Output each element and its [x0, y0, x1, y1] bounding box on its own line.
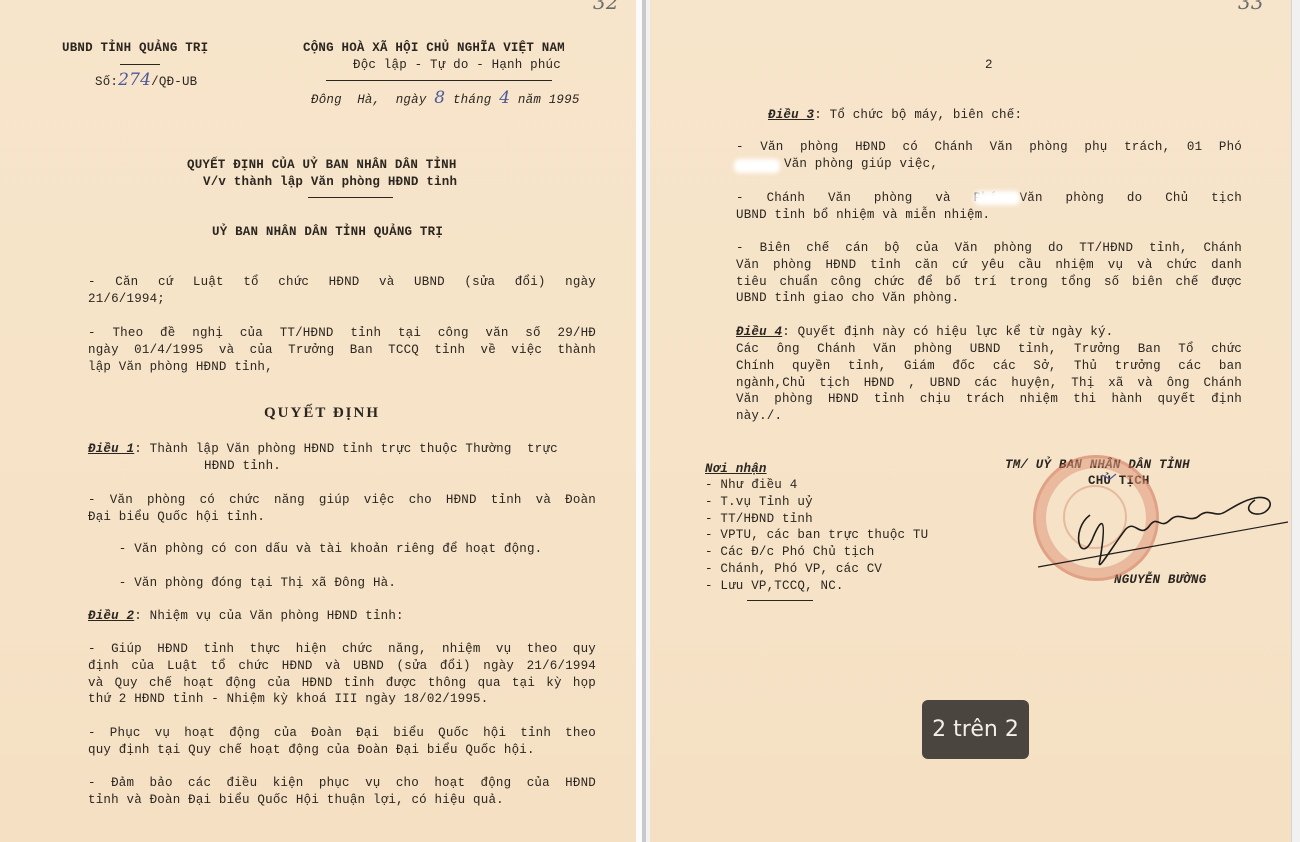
article-1-item: - Văn phòng đóng tại Thị xã Đông Hà.: [88, 575, 396, 592]
article-1-item: - Văn phòng có con dấu và tài khoản riên…: [88, 541, 542, 558]
article-3-item: - Văn phòng HĐND có Chánh Văn phòng phụ …: [736, 139, 1242, 173]
recipients-list: - Như điều 4- T.vụ Tỉnh uỷ- TT/HĐND tỉnh…: [705, 477, 928, 595]
document-number: Số:274/QĐ-UB: [95, 72, 197, 91]
divider: [120, 64, 160, 65]
decision-subject: V/v thành lập Văn phòng HĐND tỉnh: [203, 174, 457, 191]
viewer-edge: [1291, 0, 1300, 842]
recipient-item: - Lưu VP,TCCQ, NC.: [705, 578, 928, 595]
date-place: Đông Hà, ngày 8 tháng 4 năm 1995: [311, 90, 580, 109]
article-1-cont: HĐND tỉnh.: [204, 458, 281, 475]
document-page-1: 32 UBND TỈNH QUẢNG TRỊ Số:274/QĐ-UB CỘNG…: [0, 0, 636, 842]
divider: [308, 197, 393, 198]
page-indicator-badge: 2 trên 2: [922, 700, 1029, 759]
issuer-name: UBND TỈNH QUẢNG TRỊ: [62, 40, 208, 57]
authority: UỶ BAN NHÂN DÂN TỈNH QUẢNG TRỊ: [212, 224, 443, 241]
nation-title: CỘNG HOÀ XÃ HỘI CHỦ NGHĨA VIỆT NAM: [303, 40, 565, 57]
recipient-item: - Các Đ/c Phó Chủ tịch: [705, 544, 928, 561]
article-1: Điều 1: Thành lập Văn phòng HĐND tỉnh tr…: [88, 441, 558, 458]
page-number: 2: [985, 57, 993, 74]
page-indicator-text: 2 trên 2: [932, 717, 1019, 742]
article-4-body: Các ông Chánh Văn phòng UBND tỉnh, Trưởn…: [736, 341, 1242, 425]
article-3: Điều 3: Tổ chức bộ máy, biên chế:: [768, 107, 1022, 124]
recipient-item: - Như điều 4: [705, 477, 928, 494]
article-2-item: - Đảm bảo các điều kiện phục vụ cho hoạt…: [88, 775, 596, 809]
article-2-item: - Giúp HĐND tỉnh thực hiện chức năng, nh…: [88, 641, 596, 708]
redaction-mark: [734, 159, 780, 173]
divider: [747, 600, 813, 601]
recipient-item: - VPTU, các ban trực thuộc TU: [705, 527, 928, 544]
motto: Độc lập - Tự do - Hạnh phúc: [353, 57, 561, 74]
decision-title: QUYẾT ĐỊNH CỦA UỶ BAN NHÂN DÂN TỈNH: [187, 157, 457, 174]
article-2-item: - Phục vụ hoạt động của Đoàn Đại biểu Qu…: [88, 725, 596, 759]
recipient-item: - Chánh, Phó VP, các CV: [705, 561, 928, 578]
article-3-item: - Biên chế cán bộ của Văn phòng do TT/HĐ…: [736, 240, 1242, 307]
basis-1: - Căn cứ Luật tổ chức HĐND và UBND (sửa …: [88, 274, 596, 308]
article-2: Điều 2: Nhiệm vụ của Văn phòng HĐND tỉnh…: [88, 608, 404, 625]
basis-2: - Theo đề nghị của TT/HĐND tỉnh tại công…: [88, 325, 596, 375]
recipient-item: - TT/HĐND tỉnh: [705, 511, 928, 528]
decision-heading: QUYẾT ĐỊNH: [264, 405, 380, 422]
recipient-item: - T.vụ Tỉnh uỷ: [705, 494, 928, 511]
recipients-heading: Nơi nhận: [705, 461, 767, 478]
article-4: Điều 4: Quyết định này có hiệu lực kể từ…: [736, 324, 1113, 341]
article-1-item: - Văn phòng có chức năng giúp việc cho H…: [88, 492, 596, 526]
folio-number: 32: [593, 0, 619, 11]
divider: [326, 80, 552, 81]
folio-number: 33: [1238, 0, 1264, 11]
signature-icon: [1030, 470, 1290, 580]
redaction-mark: [974, 191, 1020, 205]
